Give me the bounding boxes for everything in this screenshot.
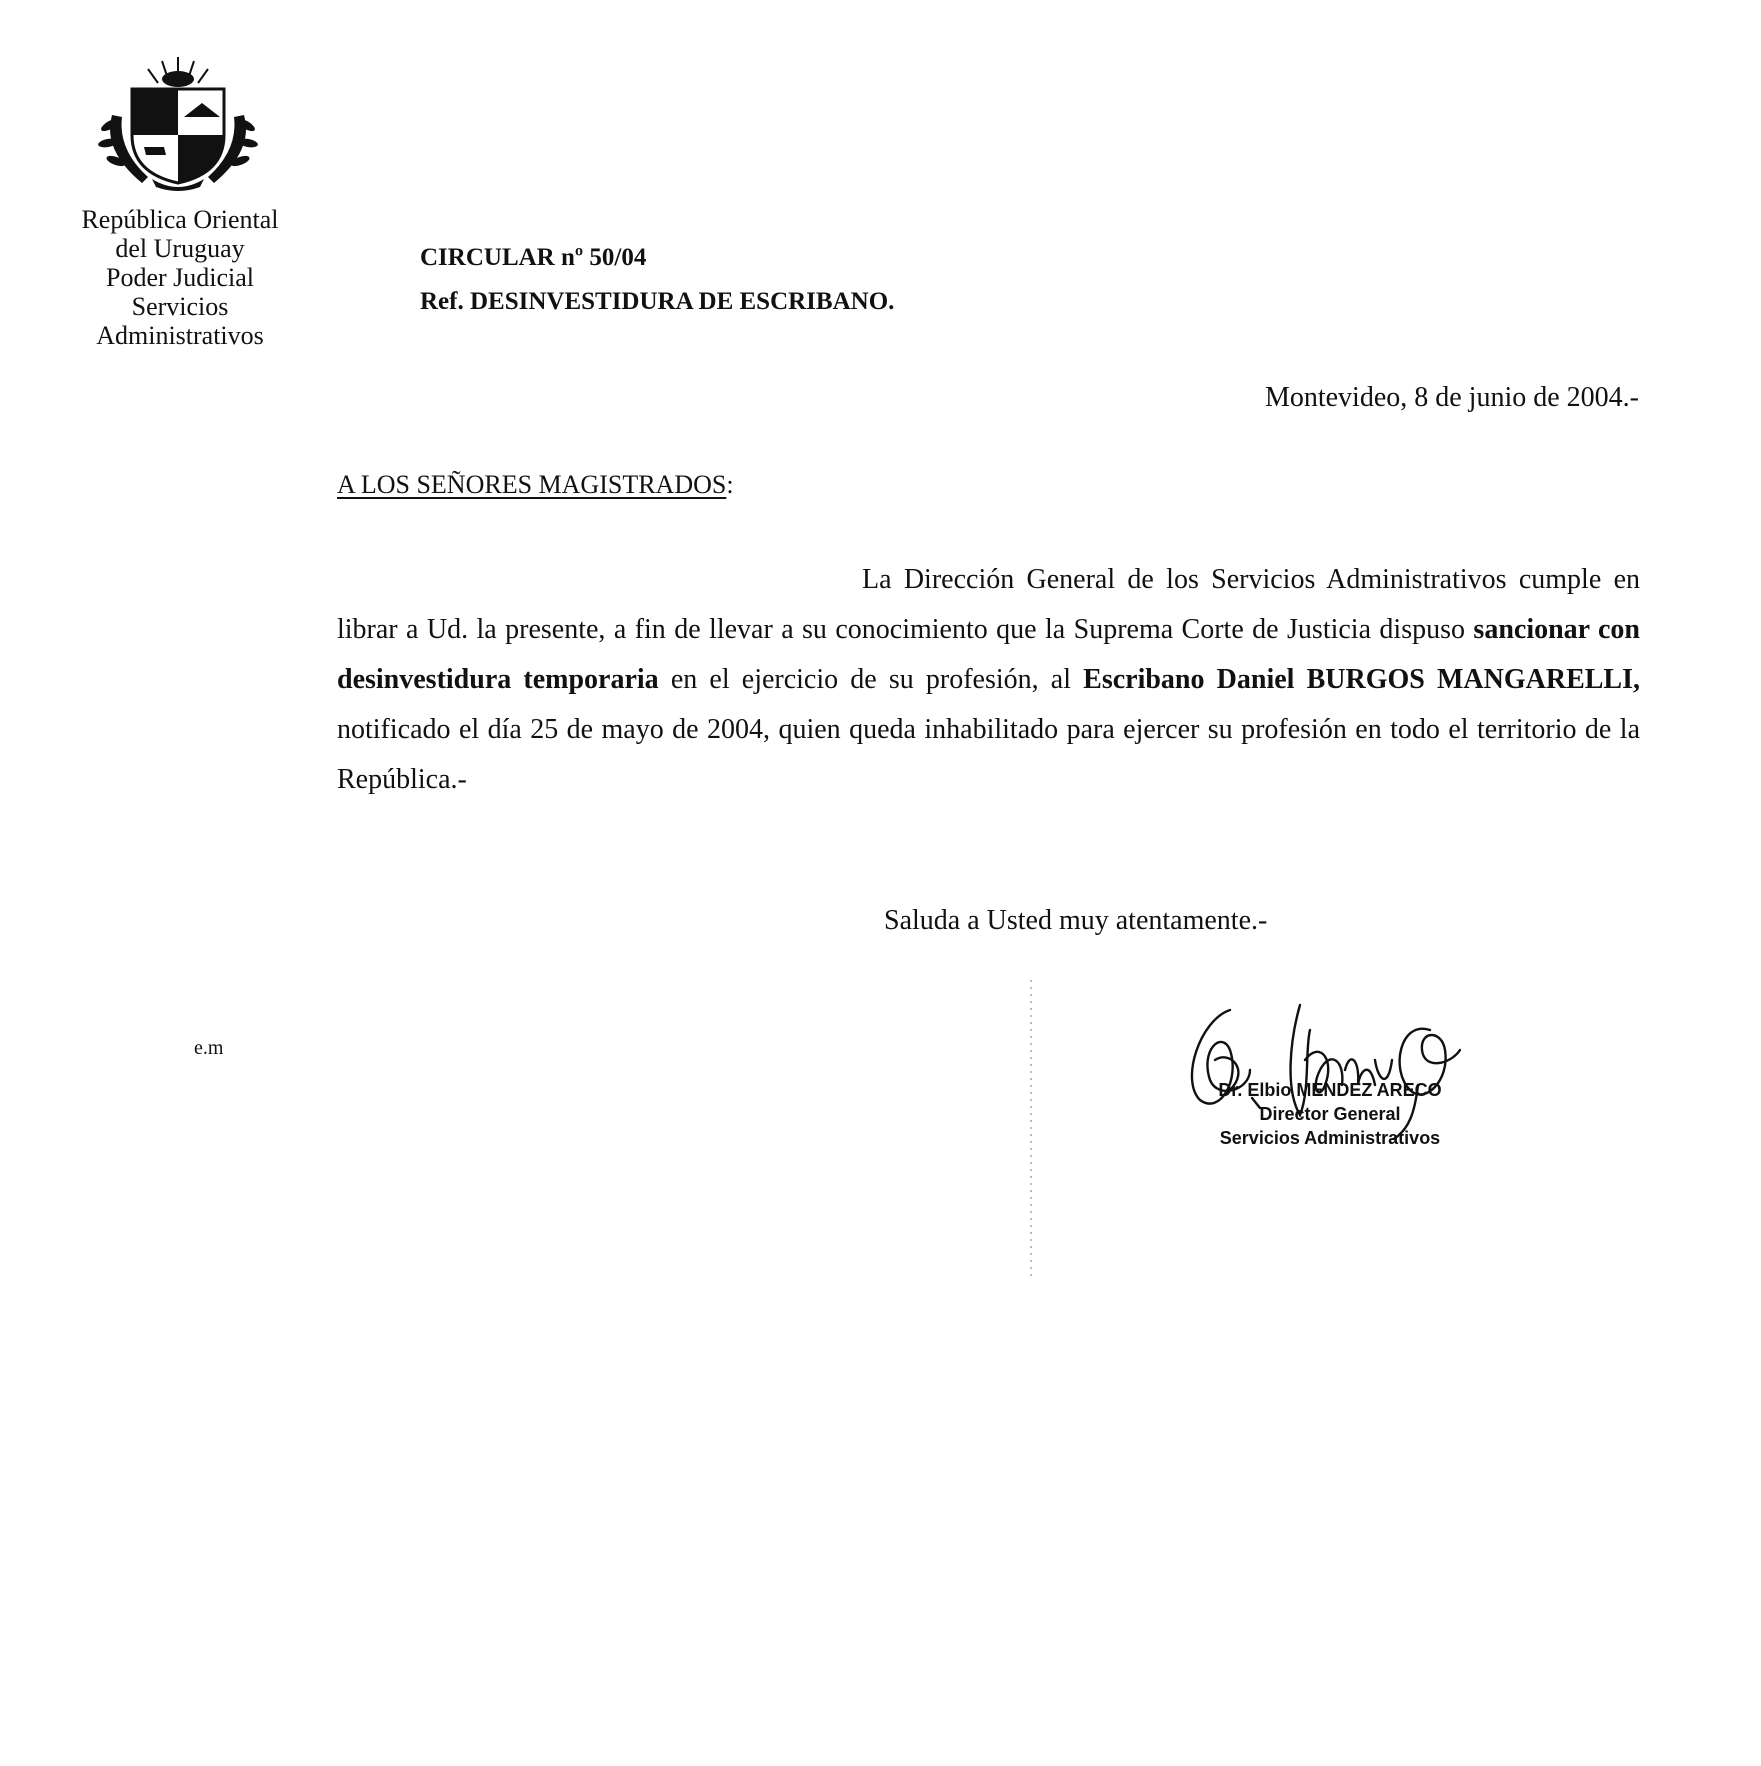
signature-block: Dr. Elbio MENDEZ ARECO Director General …	[1030, 990, 1550, 1290]
body-paragraph: La Dirección General de los Servicios Ad…	[337, 555, 1640, 805]
org-line: del Uruguay	[30, 234, 330, 263]
circular-reference: Ref. DESINVESTIDURA DE ESCRIBANO.	[420, 280, 894, 324]
typist-initials: e.m	[194, 1037, 223, 1060]
coat-of-arms-icon	[92, 55, 264, 195]
circular-number: CIRCULAR nº 50/04	[420, 236, 894, 280]
body-text: en el ejercicio de su profesión, al	[659, 664, 1083, 695]
circular-header: CIRCULAR nº 50/04 Ref. DESINVESTIDURA DE…	[420, 236, 894, 324]
signatory-name: Dr. Elbio MENDEZ ARECO	[1180, 1078, 1480, 1102]
document-date: Montevideo, 8 de junio de 2004.-	[1265, 382, 1639, 414]
addressee-suffix: :	[726, 470, 733, 499]
body-text: notificado el día 25 de mayo de 2004, qu…	[337, 714, 1640, 795]
organization-name: República Oriental del Uruguay Poder Jud…	[30, 205, 330, 350]
signatory-department: Servicios Administrativos	[1180, 1126, 1480, 1150]
notary-surname: BURGOS MANGARELLI,	[1307, 664, 1640, 695]
org-line: Administrativos	[30, 321, 330, 350]
addressee-text: A LOS SEÑORES MAGISTRADOS	[337, 470, 726, 499]
signatory: Dr. Elbio MENDEZ ARECO Director General …	[1180, 1078, 1480, 1150]
org-line: Servicios	[30, 292, 330, 321]
scan-artifact	[1030, 980, 1032, 1280]
closing-salutation: Saluda a Usted muy atentamente.-	[884, 905, 1267, 937]
signatory-title: Director General	[1180, 1102, 1480, 1126]
body-emphasis: Escribano Daniel	[1083, 664, 1306, 695]
addressee: A LOS SEÑORES MAGISTRADOS:	[337, 470, 734, 500]
body-text: La Dirección General de los Servicios Ad…	[337, 564, 1640, 645]
org-line: Poder Judicial	[30, 263, 330, 292]
org-line: República Oriental	[30, 205, 330, 234]
